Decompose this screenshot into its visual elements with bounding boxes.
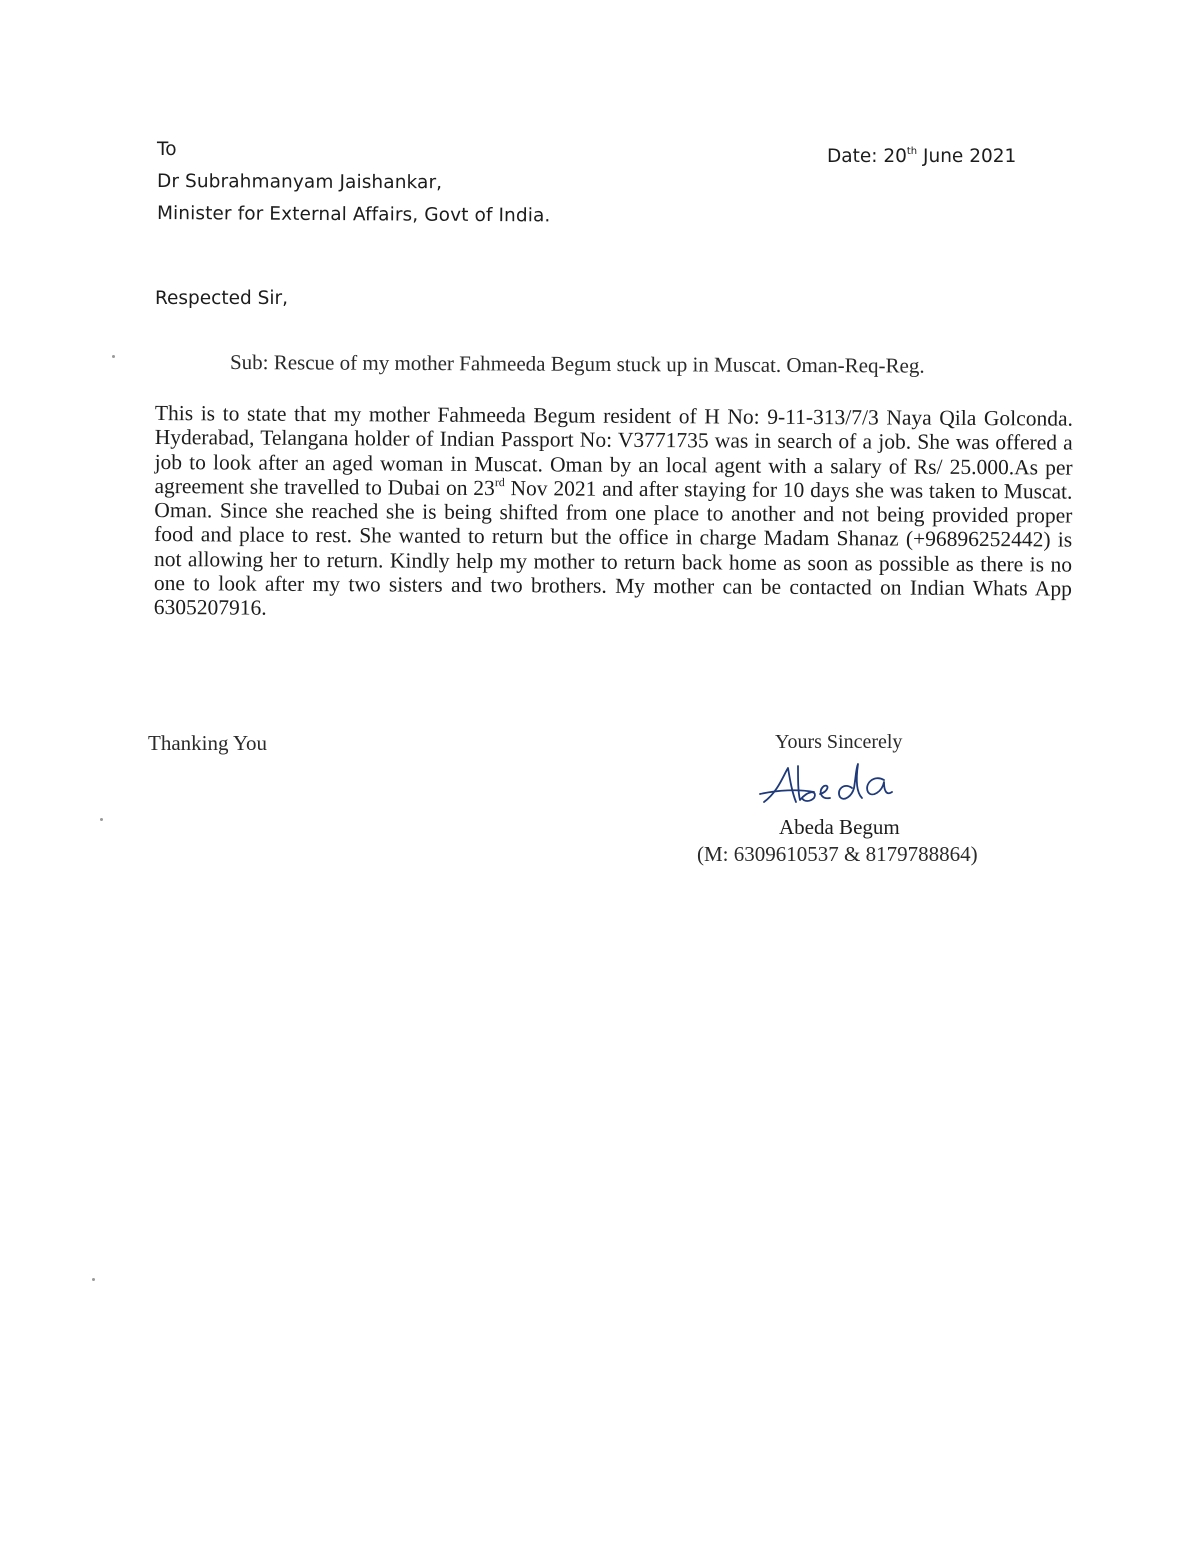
subject-line: Sub: Rescue of my mother Fahmeeda Begum … (230, 350, 925, 379)
recipient-title: Minister for External Affairs, Govt of I… (157, 198, 551, 232)
sign-off: Yours Sincerely (775, 731, 902, 754)
handwritten-signature (758, 762, 908, 812)
closing-text: Thanking You (148, 731, 267, 756)
body-paragraph: This is to state that my mother Fahmeeda… (154, 401, 1073, 625)
signer-name: Abeda Begum (779, 815, 900, 840)
letter-date: Date: 20th June 2021 (827, 146, 1016, 167)
recipient-block: To Dr Subrahmanyam Jaishankar, Minister … (157, 134, 550, 230)
signer-contact: (M: 6309610537 & 8179788864) (697, 842, 978, 867)
scan-speck (92, 1278, 95, 1281)
recipient-name: Dr Subrahmanyam Jaishankar, (157, 166, 551, 200)
to-label: To (157, 134, 550, 166)
scan-speck (112, 355, 115, 358)
scan-speck (100, 818, 103, 821)
salutation: Respected Sir, (155, 288, 288, 309)
